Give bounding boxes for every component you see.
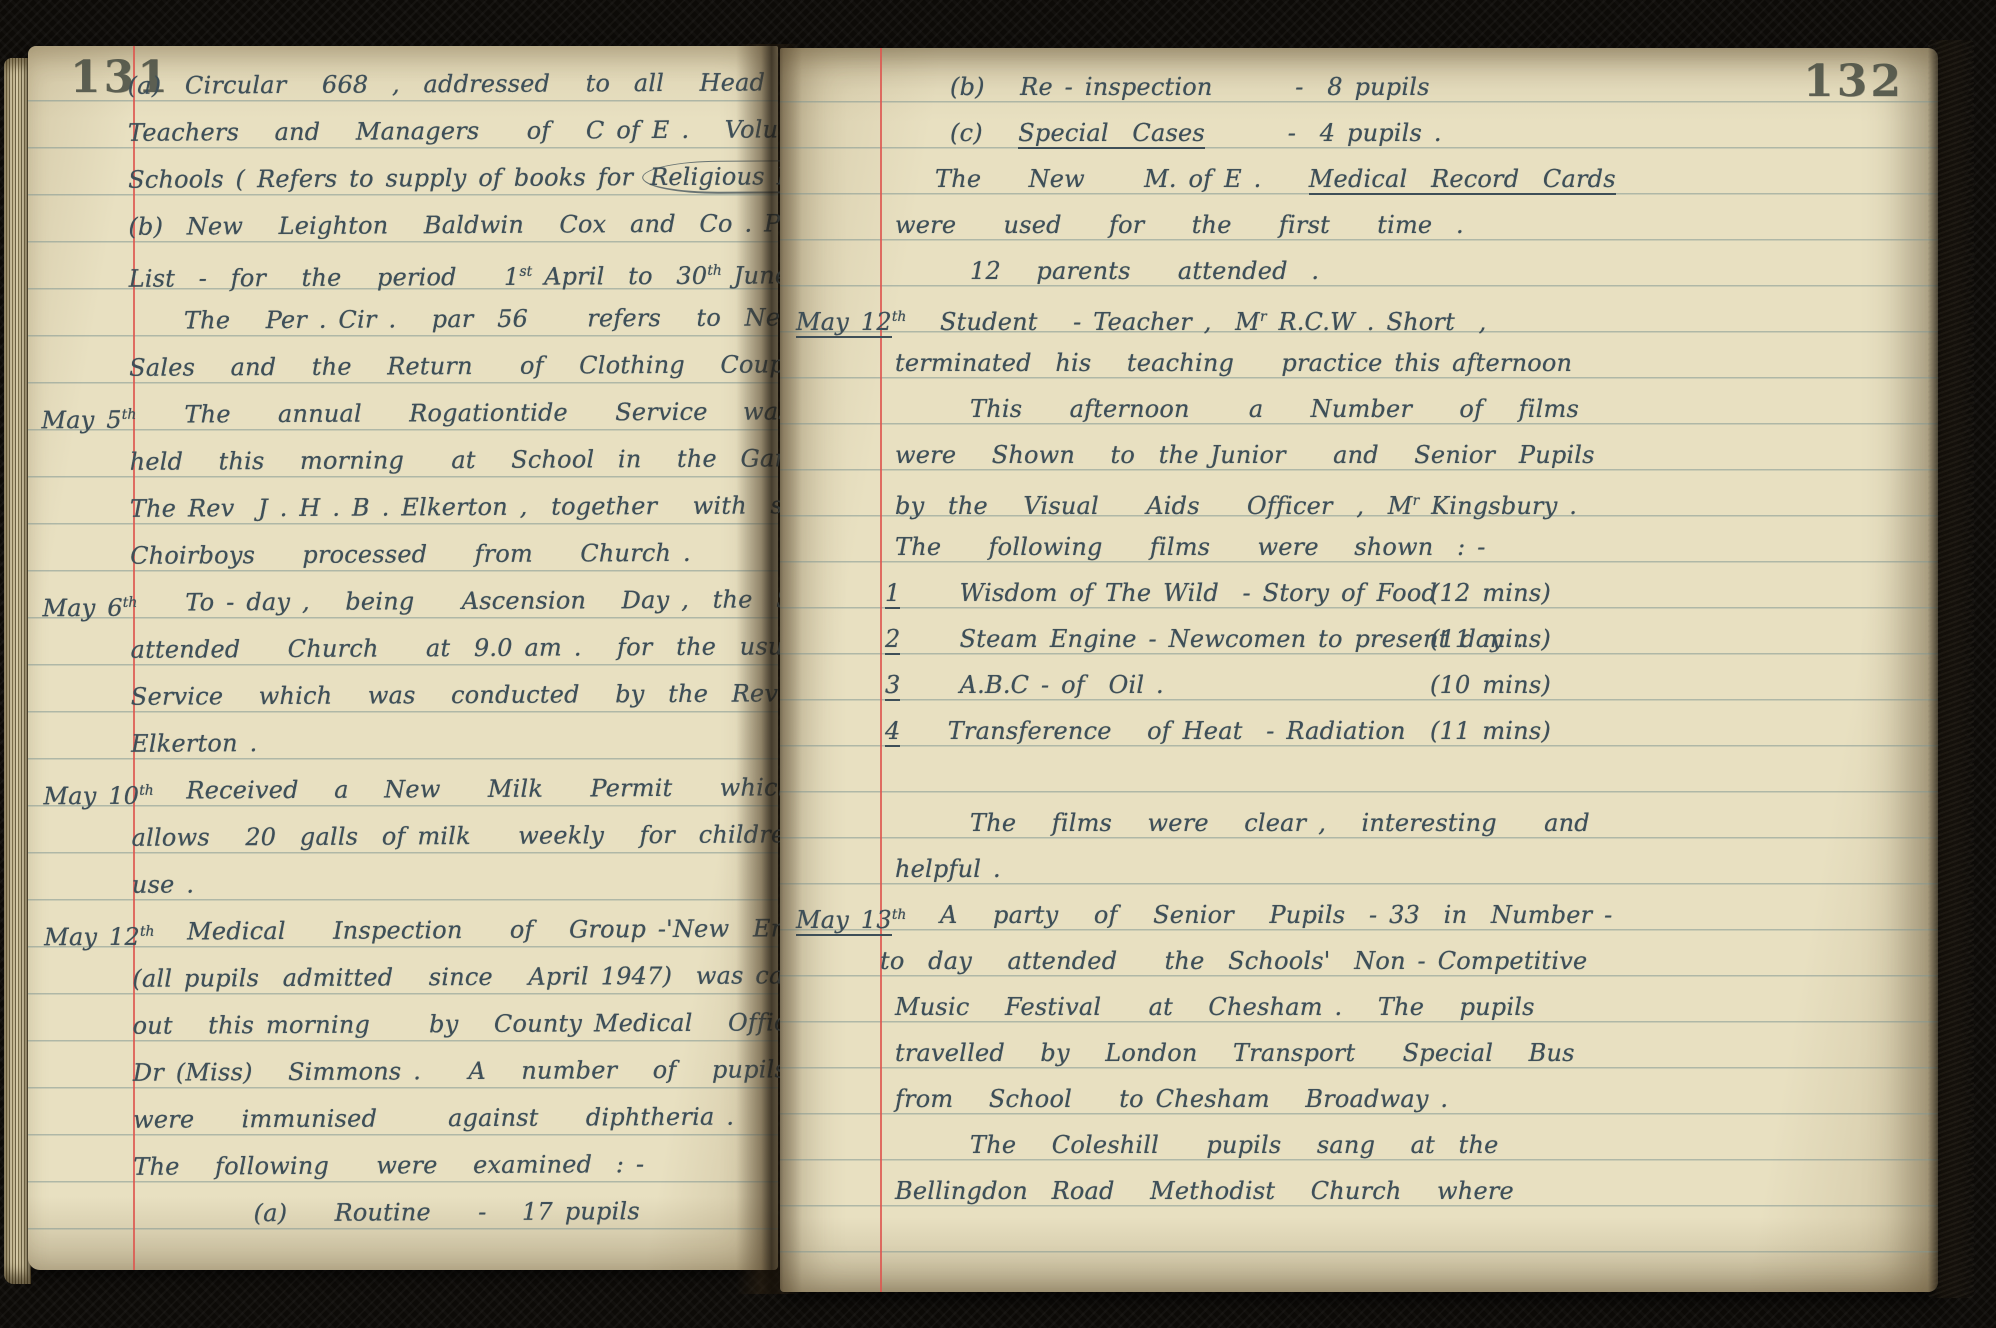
handwritten-text: were used for the first time . bbox=[895, 211, 1464, 239]
handwritten-text: Teachers and Managers of C of E . Volunt… bbox=[128, 115, 844, 147]
handwritten-text: Student - Teacher , M bbox=[940, 308, 1260, 336]
film-duration: (10 mins) bbox=[1430, 664, 1551, 706]
handwritten-text: travelled by London Transport Special Bu… bbox=[895, 1039, 1575, 1067]
underlined-text: 2 bbox=[885, 625, 900, 655]
handwritten-text: The New M. of E . bbox=[935, 165, 1309, 193]
handwritten-line: were Shown to the Junior and Senior Pupi… bbox=[895, 434, 1595, 476]
handwritten-line: The following were examined : - bbox=[133, 1143, 644, 1188]
entry-date-ordinal: th bbox=[892, 907, 907, 923]
handwritten-text: Service which was conducted by the Rev J… bbox=[131, 679, 865, 711]
handwritten-line: to day attended the Schools' Non - Compe… bbox=[880, 940, 1587, 982]
handwritten-line: Elkerton . bbox=[131, 722, 257, 765]
handwritten-line: out this morning by County Medical Offic… bbox=[132, 1001, 813, 1047]
handwritten-text: Kingsbury . bbox=[1419, 492, 1577, 520]
handwritten-line: (all pupils admitted since April 1947) w… bbox=[132, 954, 845, 1000]
handwritten-text: Transference of Heat - Radiation bbox=[900, 717, 1405, 745]
entry-date-ordinal: th bbox=[140, 924, 155, 940]
handwritten-text: held this morning at School in the Garde… bbox=[130, 444, 832, 476]
handwritten-line: To - day , being Ascension Day , the Sch… bbox=[185, 578, 859, 624]
film-duration: (12 mins) bbox=[1430, 572, 1551, 614]
handwritten-line: List - for the period 1st April to 30th … bbox=[129, 249, 790, 294]
handwritten-line: Sales and the Return of Clothing Coupons… bbox=[129, 343, 847, 389]
handwritten-line: attended Church at 9.0 am . for the usua… bbox=[131, 625, 807, 671]
entry-date-text: May 5 bbox=[41, 406, 121, 434]
handwritten-text: st bbox=[519, 264, 532, 280]
handwritten-text: were immunised against diphtheria . bbox=[133, 1103, 734, 1134]
handwritten-text: The following were examined : - bbox=[133, 1150, 644, 1181]
handwritten-text: Sales and the Return of Clothing Coupons… bbox=[129, 350, 847, 382]
entry-date: May 5th bbox=[41, 394, 136, 436]
handwritten-line: (b) Re - inspection - 8 pupils bbox=[950, 66, 1430, 108]
handwritten-line: (c) Special Cases - 4 pupils . bbox=[950, 112, 1442, 154]
handwritten-line: Choirboys processed from Church . bbox=[130, 532, 691, 577]
handwritten-line: 3 A.B.C - of Oil .(10 mins) bbox=[885, 664, 1164, 706]
handwritten-text: Wisdom of The Wild - Story of Food bbox=[900, 579, 1437, 607]
handwritten-line: Medical Inspection of Group -'New Entran… bbox=[187, 907, 867, 953]
handwritten-line: Bellingdon Road Methodist Church where bbox=[895, 1170, 1514, 1212]
handwritten-text: th bbox=[707, 263, 722, 279]
handwritten-text: The films were clear , interesting and bbox=[970, 809, 1590, 837]
handwritten-line: The Rev J . H . B . Elkerton , together … bbox=[130, 484, 886, 530]
handwritten-line: (b) New Leighton Baldwin Cox and Co . Pr… bbox=[128, 202, 828, 248]
handwritten-line: from School to Chesham Broadway . bbox=[895, 1078, 1448, 1120]
handwritten-text: out this morning by County Medical Offic… bbox=[133, 1008, 814, 1040]
handwritten-text: List - for the period 1 bbox=[129, 263, 520, 293]
handwritten-text: (a) Routine - 17 pupils bbox=[254, 1197, 640, 1227]
handwritten-text: Bellingdon Road Methodist Church where bbox=[895, 1177, 1514, 1205]
handwritten-text: (b) Re - inspection - 8 pupils bbox=[950, 73, 1430, 101]
handwritten-text: R.C.W . Short , bbox=[1267, 308, 1487, 336]
logbook-scan: 131 (a) Circular 668 , addressed to all … bbox=[0, 0, 1996, 1328]
handwritten-text: were Shown to the Junior and Senior Pupi… bbox=[895, 441, 1595, 469]
handwritten-text: (c) bbox=[950, 119, 1018, 147]
handwritten-text: A party of Senior Pupils - 33 in Number … bbox=[940, 901, 1612, 929]
handwritten-text: April to 30 bbox=[532, 262, 707, 291]
handwritten-text: (b) New Leighton Baldwin Cox and Co . Pr… bbox=[128, 209, 828, 241]
handwritten-text: Dr (Miss) Simmons . A number of pupils bbox=[133, 1055, 787, 1086]
handwritten-text: The following films were shown : - bbox=[895, 533, 1486, 561]
handwritten-line: This afternoon a Number of films bbox=[970, 388, 1579, 430]
handwritten-line: 12 parents attended . bbox=[970, 250, 1319, 292]
handwritten-text: (all pupils admitted since April 1947) w… bbox=[132, 961, 845, 993]
handwritten-text: This afternoon a Number of films bbox=[970, 395, 1579, 423]
handwritten-text: 12 parents attended . bbox=[970, 257, 1319, 285]
handwritten-text: To - day , being Ascension Day , the Sch… bbox=[185, 585, 859, 617]
handwritten-line: use . bbox=[132, 863, 194, 905]
handwritten-line: Service which was conducted by the Rev J… bbox=[131, 672, 865, 718]
handwritten-text: - 4 pupils . bbox=[1205, 119, 1442, 147]
handwritten-text: A.B.C - of Oil . bbox=[900, 671, 1163, 699]
handwritten-text: (a) Circular 668 , addressed to all Head bbox=[128, 68, 766, 99]
handwritten-line: Student - Teacher , Mr R.C.W . Short , bbox=[940, 296, 1486, 338]
handwritten-line: A party of Senior Pupils - 33 in Number … bbox=[940, 894, 1612, 936]
entry-date: May 13th bbox=[796, 894, 906, 936]
entry-date-ordinal: th bbox=[139, 783, 154, 799]
handwritten-line: The Coleshill pupils sang at the bbox=[970, 1124, 1499, 1166]
handwritten-line: (a) Circular 668 , addressed to all Head bbox=[128, 61, 766, 106]
handwritten-text: from School to Chesham Broadway . bbox=[895, 1085, 1448, 1113]
handwritten-text: Schools ( Refers to supply of books for bbox=[128, 163, 645, 194]
handwritten-line: (a) Routine - 17 pupils bbox=[253, 1190, 639, 1234]
handwritten-line: The following films were shown : - bbox=[895, 526, 1486, 568]
handwritten-line: 1 Wisdom of The Wild - Story of Food(12 … bbox=[885, 572, 1437, 614]
handwritten-line: were immunised against diphtheria . bbox=[133, 1096, 734, 1141]
handwriting-layer: (a) Circular 668 , addressed to all Head… bbox=[27, 42, 783, 1270]
handwritten-line: held this morning at School in the Garde… bbox=[130, 437, 832, 483]
handwritten-line: 2 Steam Engine - Newcomen to present day… bbox=[885, 618, 1524, 660]
handwritten-line: helpful . bbox=[895, 848, 1001, 890]
underlined-text: 1 bbox=[885, 579, 900, 609]
underlined-text: Medical Record Cards bbox=[1309, 165, 1616, 195]
handwritten-line: travelled by London Transport Special Bu… bbox=[895, 1032, 1575, 1074]
handwritten-text: by the Visual Aids Officer , M bbox=[895, 492, 1413, 520]
handwritten-text: Medical Inspection of Group -'New Entran… bbox=[187, 914, 867, 946]
entry-date-text: May 13 bbox=[796, 906, 892, 936]
entry-date: May 6th bbox=[42, 582, 137, 624]
entry-date-text: May 12 bbox=[796, 308, 892, 338]
entry-date-text: May 6 bbox=[42, 594, 122, 622]
entry-date-text: May 12 bbox=[44, 923, 140, 952]
entry-date-ordinal: th bbox=[892, 309, 907, 325]
handwritten-text: Choirboys processed from Church . bbox=[130, 539, 691, 570]
handwritten-text: terminated his teaching practice this af… bbox=[895, 349, 1572, 377]
handwritten-text: to day attended the Schools' Non - Compe… bbox=[880, 947, 1587, 975]
handwritten-text: Elkerton . bbox=[131, 729, 257, 758]
handwritten-line: were used for the first time . bbox=[895, 204, 1464, 246]
handwritten-text: allows 20 galls of milk weekly for child… bbox=[132, 820, 821, 852]
underlined-text: Special Cases bbox=[1018, 119, 1205, 149]
handwritten-text: The Rev J . H . B . Elkerton , together … bbox=[130, 491, 886, 523]
handwritten-line: The New M. of E . Medical Record Cards bbox=[935, 158, 1616, 200]
page-left: 131 (a) Circular 668 , addressed to all … bbox=[28, 46, 778, 1270]
handwritten-line: Teachers and Managers of C of E . Volunt… bbox=[128, 108, 844, 154]
handwritten-text: Music Festival at Chesham . The pupils bbox=[895, 993, 1535, 1021]
entry-date: May 12th bbox=[44, 911, 155, 954]
entry-date: May 12th bbox=[796, 296, 906, 338]
handwritten-line: The annual Rogationtide Service was bbox=[184, 390, 791, 435]
underlined-text: 4 bbox=[885, 717, 900, 747]
page-right: 132 (b) Re - inspection - 8 pupils(c) Sp… bbox=[780, 48, 1938, 1292]
underlined-text: 3 bbox=[885, 671, 900, 701]
handwritten-line: by the Visual Aids Officer , Mr Kingsbur… bbox=[895, 480, 1577, 522]
handwriting-layer: (b) Re - inspection - 8 pupils(c) Specia… bbox=[780, 48, 1938, 1292]
entry-date-text: May 10 bbox=[43, 782, 139, 811]
handwritten-line: 4 Transference of Heat - Radiation(11 mi… bbox=[885, 710, 1406, 752]
entry-date-ordinal: th bbox=[122, 407, 137, 423]
handwritten-line: terminated his teaching practice this af… bbox=[895, 342, 1572, 384]
handwritten-text: r bbox=[1260, 309, 1267, 325]
handwritten-text: use . bbox=[132, 870, 194, 898]
film-duration: (11 mins) bbox=[1430, 710, 1551, 752]
handwritten-text: helpful . bbox=[895, 855, 1001, 883]
handwritten-line: Music Festival at Chesham . The pupils bbox=[895, 986, 1535, 1028]
handwritten-text: The annual Rogationtide Service was bbox=[184, 397, 791, 428]
page-edge-stack bbox=[4, 58, 31, 1284]
handwritten-text: The Coleshill pupils sang at the bbox=[970, 1131, 1499, 1159]
handwritten-line: allows 20 galls of milk weekly for child… bbox=[132, 813, 821, 859]
film-duration: (11 mins) bbox=[1430, 618, 1551, 660]
entry-date-ordinal: th bbox=[123, 595, 138, 611]
handwritten-text: attended Church at 9.0 am . for the usua… bbox=[131, 632, 806, 664]
handwritten-line: Dr (Miss) Simmons . A number of pupils bbox=[133, 1048, 787, 1093]
handwritten-line: The films were clear , interesting and bbox=[970, 802, 1590, 844]
entry-date: May 10th bbox=[43, 770, 154, 813]
